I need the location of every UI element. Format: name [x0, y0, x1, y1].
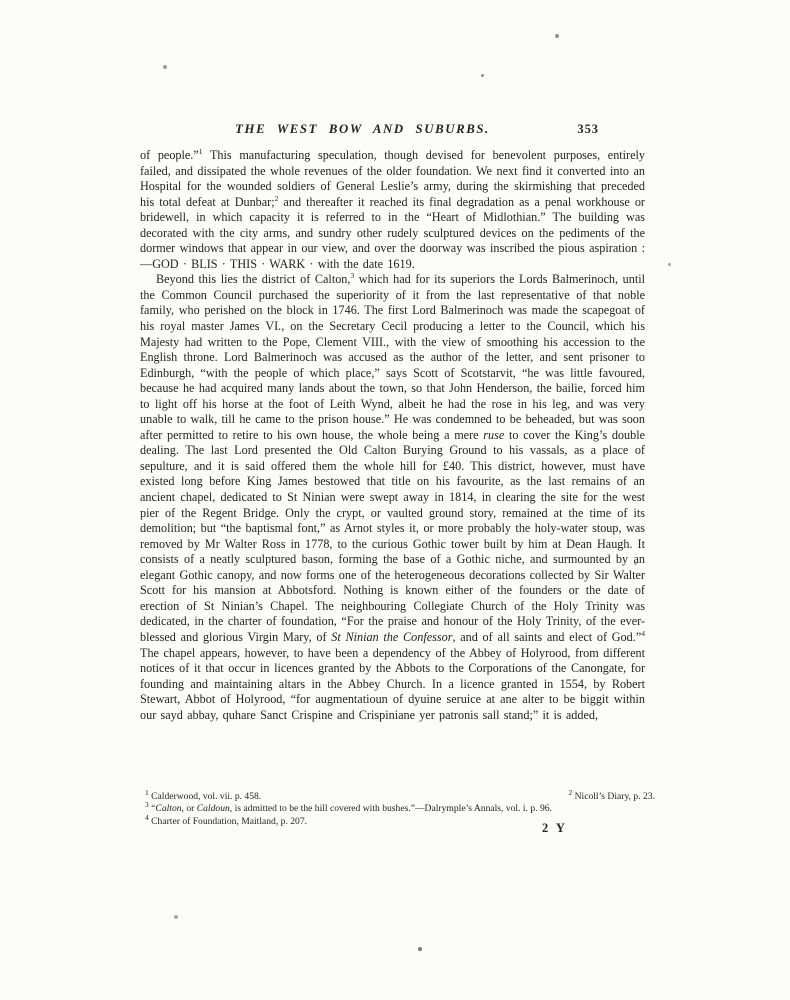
footnote-1: 1 Calderwood, vol. vii. p. 458. — [145, 791, 261, 803]
text-run: Calderwood, vol. vii. p. 458. — [149, 791, 261, 802]
text-run: The chapel appears, however, to have bee… — [140, 646, 645, 722]
scan-speck — [555, 34, 559, 38]
scan-speck — [634, 562, 637, 565]
page-number: 353 — [577, 122, 599, 137]
scan-speck — [418, 947, 422, 951]
scan-speck — [481, 74, 484, 77]
footnote-3: 3 “Calton, or Caldoun, is admitted to be… — [145, 803, 655, 815]
text-run: Beyond this lies the district of Calton, — [156, 272, 350, 286]
italic-run: ruse — [483, 428, 504, 442]
text-run: of people.” — [140, 148, 199, 162]
book-page: THE WEST BOW AND SUBURBS. 353 of people.… — [0, 0, 790, 1000]
footnote-row: 1 Calderwood, vol. vii. p. 458. 2 Nicoll… — [145, 791, 655, 803]
scan-speck — [163, 65, 167, 69]
scan-speck — [174, 915, 178, 919]
footnote-marker: 4 — [641, 629, 645, 638]
text-run: Nicoll’s Diary, p. 23. — [572, 791, 655, 802]
paragraph: Beyond this lies the district of Calton,… — [140, 272, 645, 723]
italic-run: Calton — [155, 803, 181, 814]
footnotes: 1 Calderwood, vol. vii. p. 458. 2 Nicoll… — [145, 791, 655, 828]
italic-run: St Ninian the Confessor — [331, 630, 452, 644]
footnote-4: 4 Charter of Foundation, Maitland, p. 20… — [145, 816, 655, 828]
text-run: , or — [182, 803, 197, 814]
text-run: to cover the King’s double dealing. The … — [140, 428, 645, 644]
running-header: THE WEST BOW AND SUBURBS. 353 — [140, 122, 645, 139]
body-text: of people.”1 This manufacturing speculat… — [140, 148, 645, 723]
paragraph: of people.”1 This manufacturing speculat… — [140, 148, 645, 272]
footnote-2: 2 Nicoll’s Diary, p. 23. — [568, 791, 655, 803]
italic-run: Caldoun — [197, 803, 230, 814]
text-run: Charter of Foundation, Maitland, p. 207. — [149, 816, 307, 827]
text-run: which had for its superiors the Lords Ba… — [140, 272, 645, 441]
text-run: , is admitted to be the hill covered wit… — [230, 803, 552, 814]
page-title: THE WEST BOW AND SUBURBS. — [140, 122, 645, 137]
text-run: , and of all saints and elect of God.” — [452, 630, 641, 644]
scan-speck — [668, 263, 671, 266]
printer-signature: 2 Y — [542, 821, 567, 836]
